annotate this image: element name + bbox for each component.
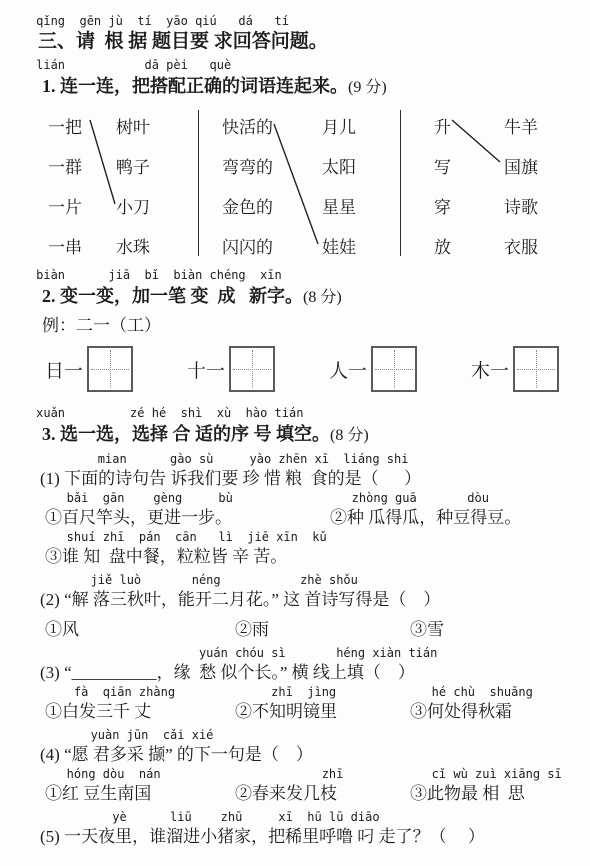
grid-label: 木一 <box>471 356 509 383</box>
option-cell: fà qiān zhàng ①白发三千 丈 <box>45 685 235 724</box>
option-text: ③谁 知 盘中餐，粒粒皆 辛 苦。 <box>45 545 327 569</box>
match-line-2 <box>274 124 318 244</box>
grid-label: 人一 <box>329 356 367 383</box>
option-cell: bǎi gān gèng bù ①百尺竿头，更进一步。 <box>45 491 330 530</box>
connection-lines <box>0 104 590 262</box>
sub2-options-row: ①风 ②雨 ③雪 <box>45 618 590 642</box>
match-col3-left: 升 写 穿 放 <box>434 108 451 268</box>
option-pinyin: hóng dòu nán <box>45 767 235 782</box>
match-word: 月儿 <box>322 108 356 148</box>
option-pinyin: zhī <box>235 767 410 782</box>
match-word: 弯弯的 <box>222 148 273 188</box>
option-cell: zhòng guā dòu ②种 瓜得瓜，种豆得豆。 <box>330 491 521 530</box>
q1-title-text: 1. 连一连，把搭配正确的词语连起来。 <box>42 76 348 96</box>
option-pinyin: hé chù shuāng <box>410 685 533 700</box>
match-word: 太阳 <box>322 148 356 188</box>
option-text: ③此物最 相 思 <box>410 782 562 806</box>
option-pinyin: bǎi gān gèng bù <box>45 491 330 506</box>
q2-example: 例：二一（工） <box>42 314 590 338</box>
option-text: ①红 豆生南国 <box>45 782 235 806</box>
match-word: 国旗 <box>504 148 538 188</box>
add-stroke-item: 日一 <box>45 346 133 392</box>
writing-grid <box>87 346 133 392</box>
exam-paper-page: qǐng gēn jù tí yāo qiú dá tí 三、请 根 据 题目要… <box>0 0 590 866</box>
sub5-pinyin: yè liū zhū xī hū lū diāo <box>40 810 590 825</box>
match-line-1 <box>90 120 115 204</box>
q1-title: 1. 连一连，把搭配正确的词语连起来。(9 分) <box>42 74 590 100</box>
match-word: 闪闪的 <box>222 228 273 268</box>
match-word: 升 <box>434 108 451 148</box>
option-text: ②雨 <box>235 618 410 642</box>
match-word: 写 <box>434 148 451 188</box>
option-pinyin: fà qiān zhàng <box>45 685 235 700</box>
option-text: ②春来发几枝 <box>235 782 410 806</box>
option-cell: hé chù shuāng ③何处得秋霜 <box>410 685 533 724</box>
q2-title-pinyin: biàn jiā bǐ biàn chéng xīn <box>0 268 590 283</box>
grid-label: 十一 <box>187 356 225 383</box>
sub1-options-row1: bǎi gān gèng bù ①百尺竿头，更进一步。 zhòng guā dò… <box>45 491 590 530</box>
writing-grid <box>513 346 559 392</box>
option-cell: hóng dòu nán ①红 豆生南国 <box>45 767 235 806</box>
match-col1-left: 一把 一群 一片 一串 <box>48 108 82 268</box>
writing-grid <box>229 346 275 392</box>
option-text: ①白发三千 丈 <box>45 700 235 724</box>
column-divider <box>400 110 401 256</box>
q3-title: 3. 选一选，选择 合 适的序 号 填空。(8 分) <box>42 422 590 448</box>
match-col1-right: 树叶 鸭子 小刀 水珠 <box>116 108 150 268</box>
option-text: ①百尺竿头，更进一步。 <box>45 506 330 530</box>
section-title: 三、请 根 据 题目要 求回答问题。 <box>38 30 590 54</box>
sub4-pinyin: yuàn jūn cǎi xié <box>40 728 590 743</box>
match-word: 一串 <box>48 228 82 268</box>
add-stroke-item: 人一 <box>329 346 417 392</box>
q2-title-text: 2. 变一变，加一笔 变 成 新字。 <box>42 286 303 306</box>
match-word: 金色的 <box>222 188 273 228</box>
option-text: ②种 瓜得瓜，种豆得豆。 <box>330 506 521 530</box>
match-line-3 <box>452 120 500 162</box>
q1-score: (9 分) <box>348 79 387 96</box>
match-col3-right: 牛羊 国旗 诗歌 衣服 <box>504 108 538 268</box>
grid-label: 日一 <box>45 356 83 383</box>
match-col2-right: 月儿 太阳 星星 娃娃 <box>322 108 356 268</box>
option-pinyin: zhòng guā dòu <box>330 491 521 506</box>
q1-title-pinyin: lián dā pèi què <box>0 58 590 73</box>
match-word: 星星 <box>322 188 356 228</box>
header-pinyin: qǐng gēn jù tí yāo qiú dá tí <box>0 14 590 29</box>
option-pinyin: shuí zhī pán cān lì jiē xīn kǔ <box>45 530 327 545</box>
add-stroke-item: 木一 <box>471 346 559 392</box>
sub1-question: (1) 下面的诗句告 诉我们要 珍 惜 粮 食的是（ ） <box>40 467 590 491</box>
sub3-question: (3) “__________，缘 愁 似个长。” 横 线上填（ ） <box>40 661 590 685</box>
match-col2-left: 快活的 弯弯的 金色的 闪闪的 <box>222 108 273 268</box>
match-word: 牛羊 <box>504 108 538 148</box>
match-word: 一群 <box>48 148 82 188</box>
option-text: ②不知明镜里 <box>235 700 410 724</box>
match-word: 树叶 <box>116 108 150 148</box>
sub1-pinyin: mian gào sù yào zhēn xī liáng shi <box>40 452 590 467</box>
matching-exercise: 一把 一群 一片 一串 树叶 鸭子 小刀 水珠 快活的 弯弯的 金色的 闪闪的 … <box>0 104 590 262</box>
q2-title: 2. 变一变，加一笔 变 成 新字。(8 分) <box>42 284 590 310</box>
sub2-question: (2) “解 落三秋叶，能开二月花。” 这 首诗写得是（ ） <box>40 588 590 612</box>
match-word: 放 <box>434 228 451 268</box>
option-cell: zhī ②春来发几枝 <box>235 767 410 806</box>
option-cell: cǐ wù zuì xiāng sī ③此物最 相 思 <box>410 767 562 806</box>
match-word: 小刀 <box>116 188 150 228</box>
writing-grid <box>371 346 417 392</box>
match-word: 一片 <box>48 188 82 228</box>
column-divider <box>198 110 199 256</box>
sub2-pinyin: jiě luò néng zhè shǒu <box>40 573 590 588</box>
match-word: 诗歌 <box>504 188 538 228</box>
option-text: ①风 <box>45 618 235 642</box>
match-word: 娃娃 <box>322 228 356 268</box>
option-text: ③何处得秋霜 <box>410 700 533 724</box>
match-word: 穿 <box>434 188 451 228</box>
sub3-pinyin: yuán chóu sì héng xiàn tián <box>40 646 590 661</box>
option-pinyin: cǐ wù zuì xiāng sī <box>410 767 562 782</box>
sub5-question: (5) 一天夜里，谁溜进小猪家，把稀里呼噜 叼 走了？（ ） <box>40 825 590 849</box>
sub1-options-row2: shuí zhī pán cān lì jiē xīn kǔ ③谁 知 盘中餐，… <box>45 530 590 569</box>
match-word: 快活的 <box>222 108 273 148</box>
add-stroke-item: 十一 <box>187 346 275 392</box>
q3-title-pinyin: xuǎn zé hé shì xù hào tián <box>0 406 590 421</box>
sub4-options-row: hóng dòu nán ①红 豆生南国 zhī ②春来发几枝 cǐ wù zu… <box>45 767 590 806</box>
add-stroke-row: 日一 十一 人一 木一 <box>45 340 590 398</box>
q2-score: (8 分) <box>303 289 342 306</box>
match-word: 鸭子 <box>116 148 150 188</box>
match-word: 水珠 <box>116 228 150 268</box>
match-word: 一把 <box>48 108 82 148</box>
q3-title-text: 3. 选一选，选择 合 适的序 号 填空。 <box>42 424 330 444</box>
option-text: ③雪 <box>410 618 444 642</box>
option-cell: zhī jìng ②不知明镜里 <box>235 685 410 724</box>
sub3-options-row: fà qiān zhàng ①白发三千 丈 zhī jìng ②不知明镜里 hé… <box>45 685 590 724</box>
option-cell: shuí zhī pán cān lì jiē xīn kǔ ③谁 知 盘中餐，… <box>45 530 327 569</box>
option-pinyin: zhī jìng <box>235 685 410 700</box>
q3-score: (8 分) <box>330 427 369 444</box>
sub4-question: (4) “愿 君多采 撷” 的下一句是（ ） <box>40 743 590 767</box>
match-word: 衣服 <box>504 228 538 268</box>
